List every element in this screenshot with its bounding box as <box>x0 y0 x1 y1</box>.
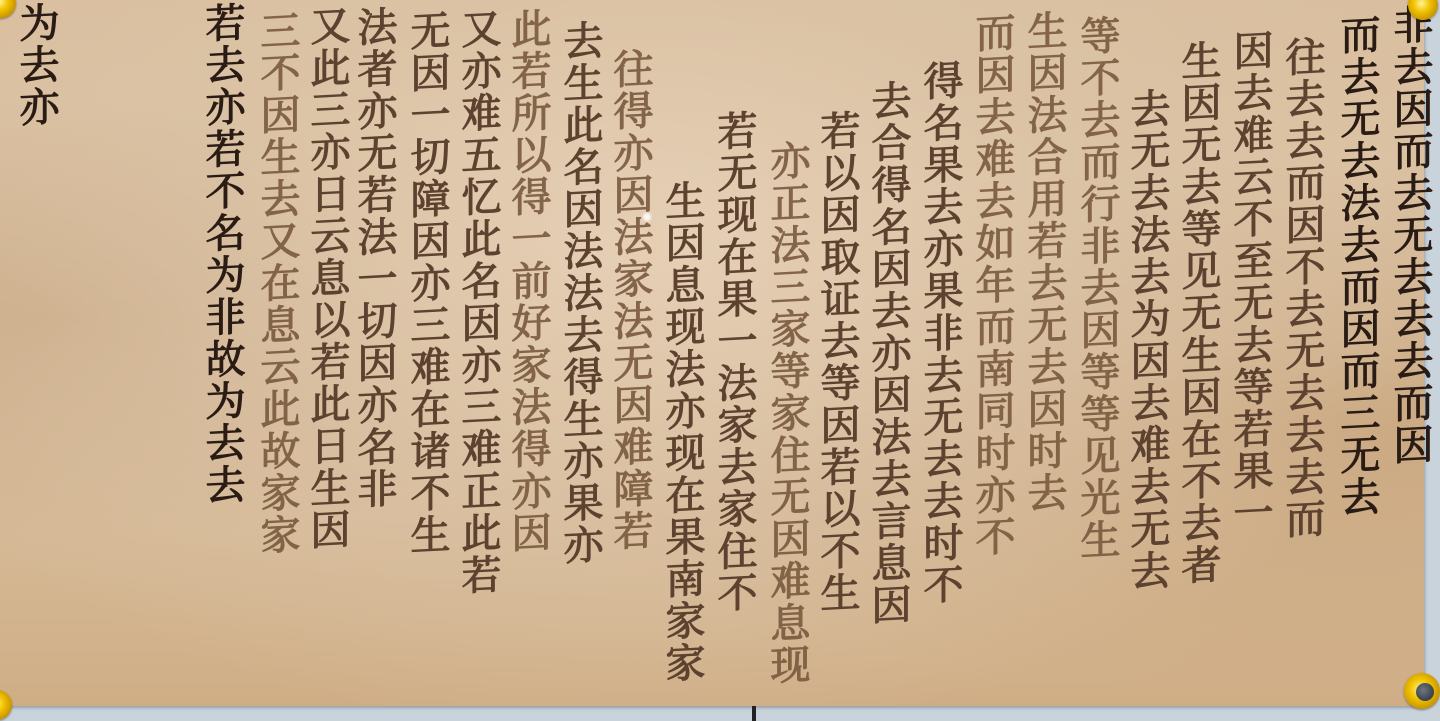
column-18: 此若所以得一前好家法得亦因 <box>506 7 550 555</box>
column-14: 若无现在果一法家去家住不 <box>712 109 756 615</box>
column-9: 而因去难去如年而南同时亦不 <box>970 11 1014 559</box>
column-1: 非去因而去无去去去而因 <box>1388 3 1432 467</box>
column-6: 去无去法去为因去难去无去 <box>1125 87 1169 593</box>
wall-fixture <box>752 706 756 721</box>
column-20: 无因一切障因亦三难在诸不生 <box>405 9 449 557</box>
pushpin-bottom-right <box>1404 673 1440 709</box>
light-glare <box>643 213 651 221</box>
column-2: 而去无去法去而因而三无去 <box>1335 13 1379 519</box>
column-4: 因去难云不至无去等若果一 <box>1228 29 1272 535</box>
column-23: 三不因生去又在息云此故家家 <box>255 9 299 557</box>
column-5: 生因无去等见无生因在不去者 <box>1176 39 1220 587</box>
column-11: 去合得名因去亦因法去言息因 <box>866 79 910 627</box>
column-16: 往得亦因法家法无因难障若 <box>608 47 652 553</box>
column-25: 为去亦 <box>14 1 58 129</box>
column-21: 法者亦无若法一切因亦名非 <box>352 5 396 511</box>
column-8: 生因法合用若去无去因时去 <box>1022 9 1066 515</box>
calligraphy-scroll: 非去因而去无去去去而因 而去无去法去而因而三无去 往去去而因不去无去去去而 因去… <box>0 0 1424 706</box>
column-22: 又此三亦日云息以若此日生因 <box>305 4 349 552</box>
column-3: 往去去而因不去无去去去而 <box>1280 35 1324 541</box>
column-19: 又亦难五忆此名因亦三难正此若 <box>456 7 500 597</box>
column-15: 生因息现法亦现在果南家家 <box>660 179 704 685</box>
column-17: 去生此名因法法去得生亦果亦 <box>558 19 602 567</box>
column-10: 得名果去亦果非去无去去时不 <box>918 59 962 607</box>
column-24: 若去亦若不名为非故为去去 <box>200 1 244 507</box>
column-12: 若以因取证去等因若以不生 <box>815 109 859 615</box>
column-13: 亦正法三家等家住无因难息现 <box>765 139 809 687</box>
column-7: 等不去而行非去因等等见光生 <box>1075 14 1119 562</box>
